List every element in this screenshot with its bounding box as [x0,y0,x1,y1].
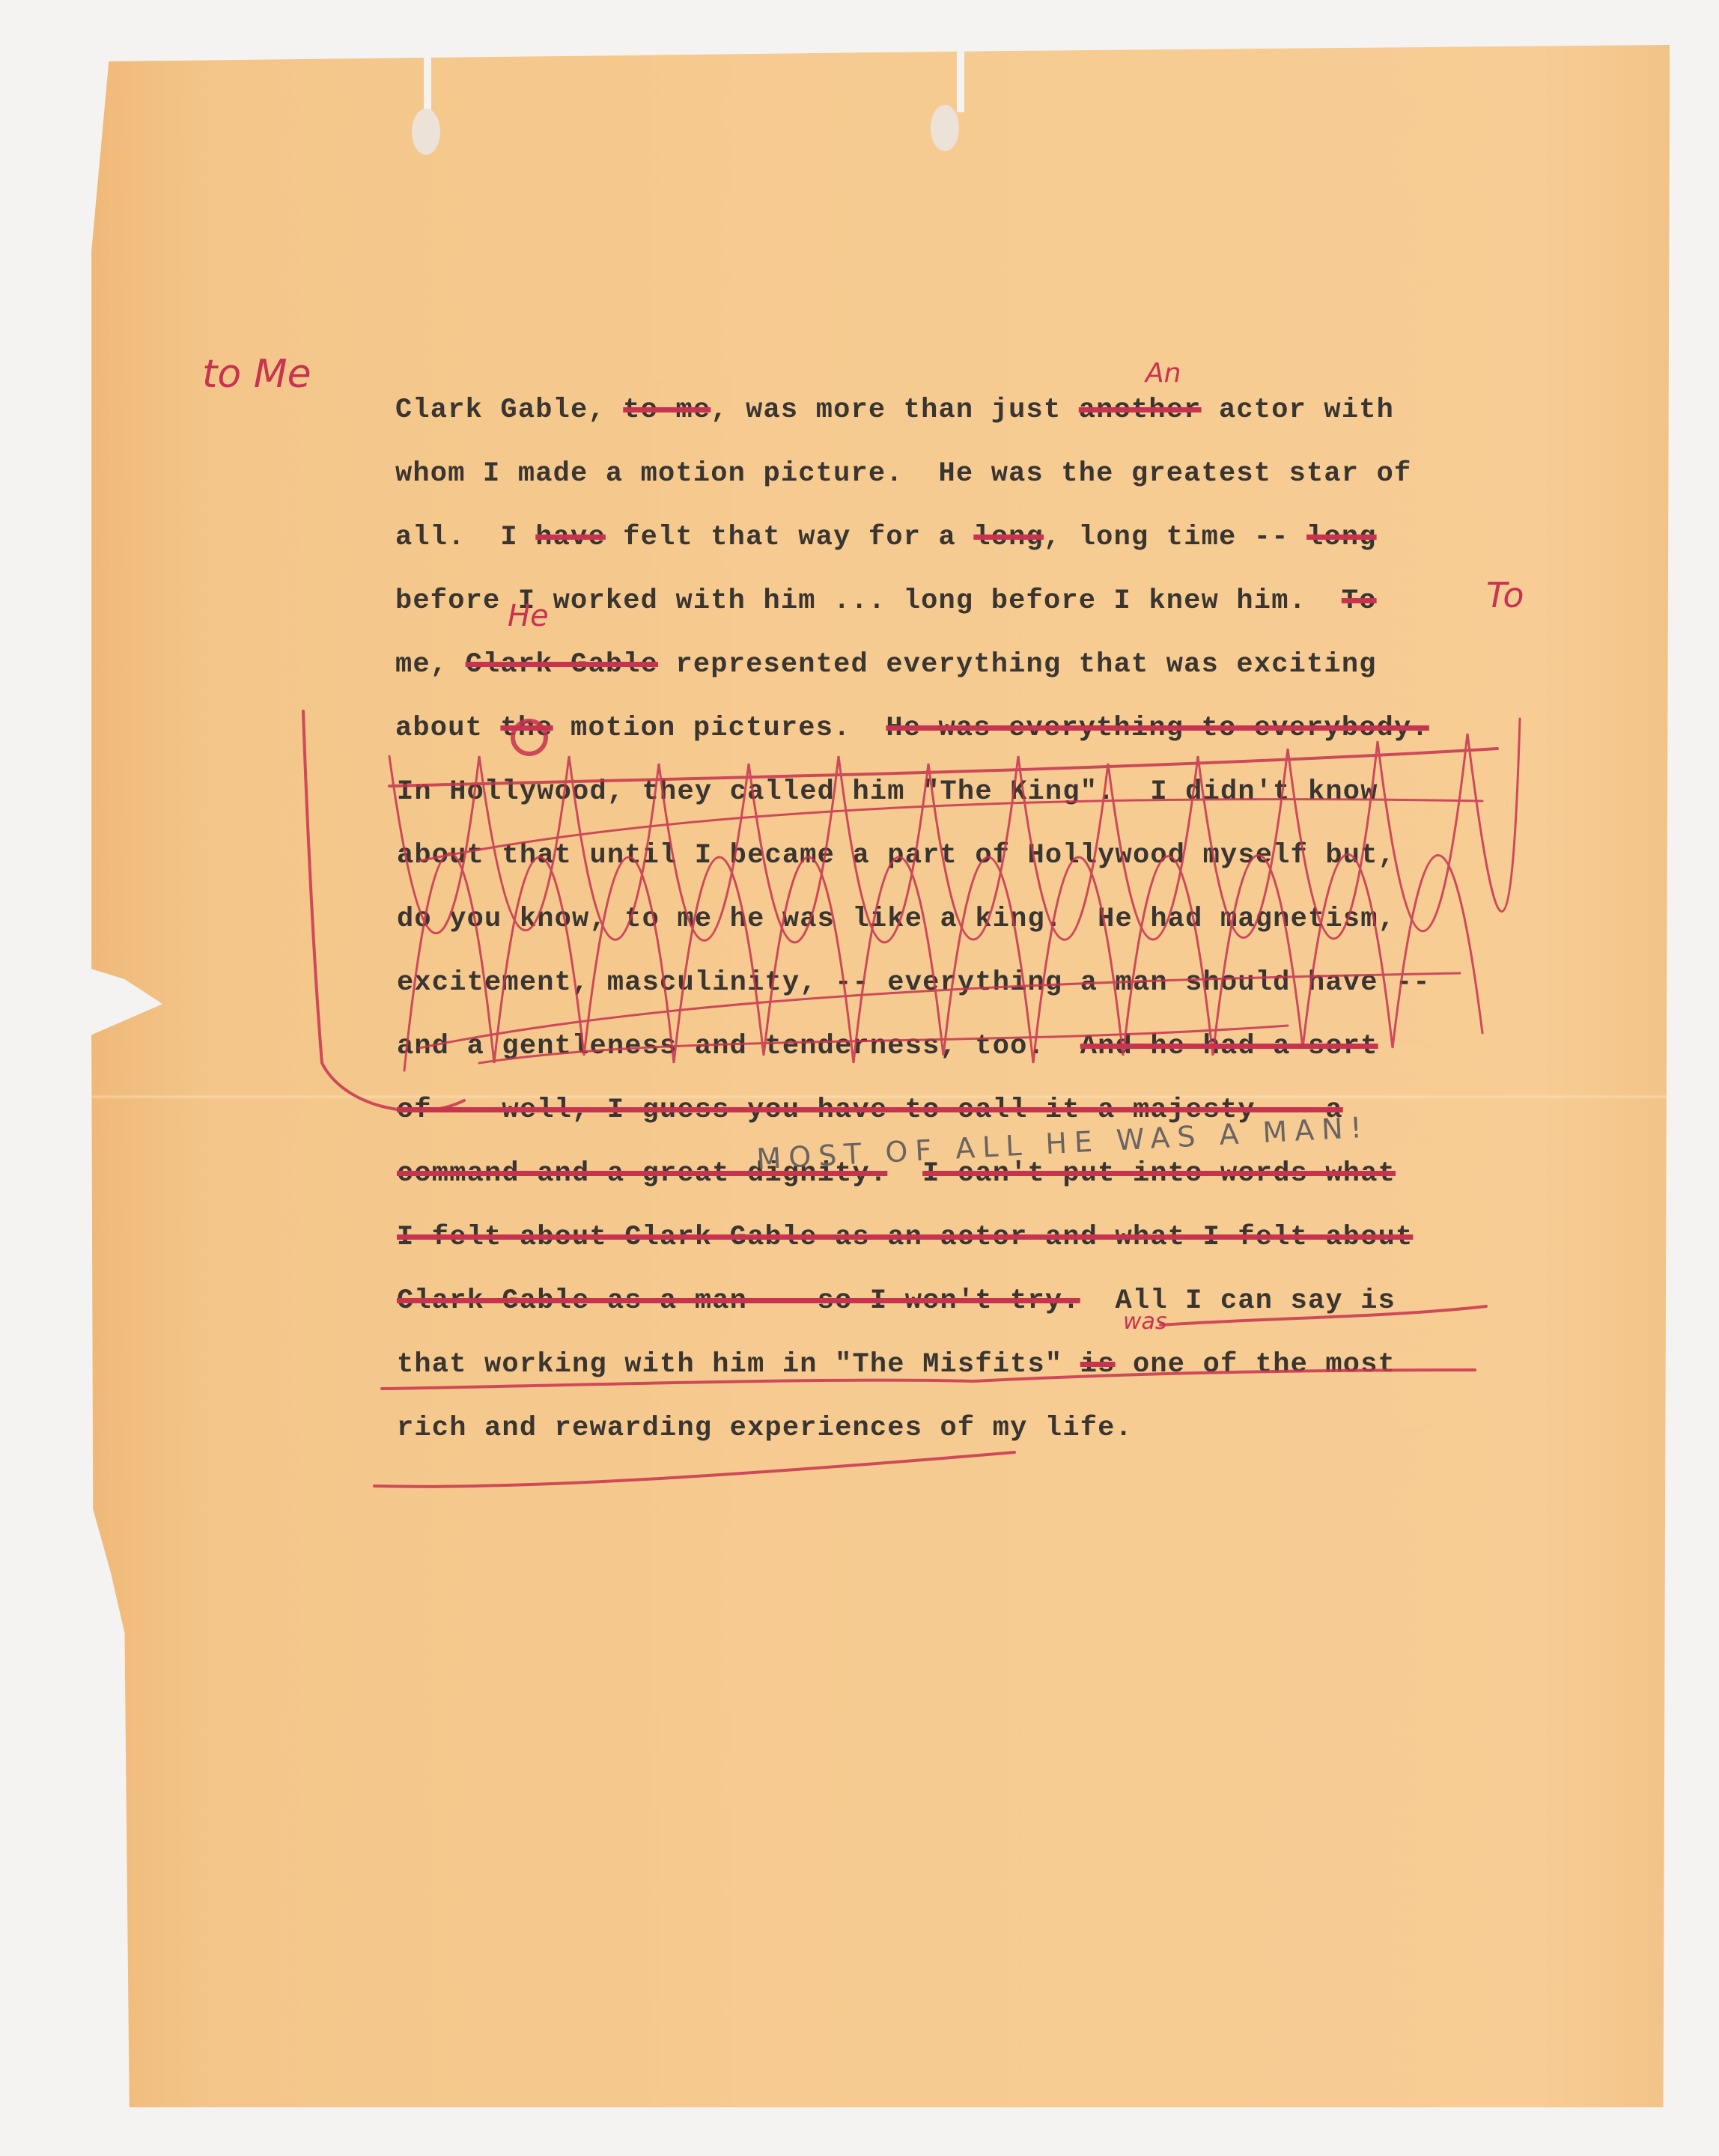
red-pen-markings [0,0,1719,2156]
